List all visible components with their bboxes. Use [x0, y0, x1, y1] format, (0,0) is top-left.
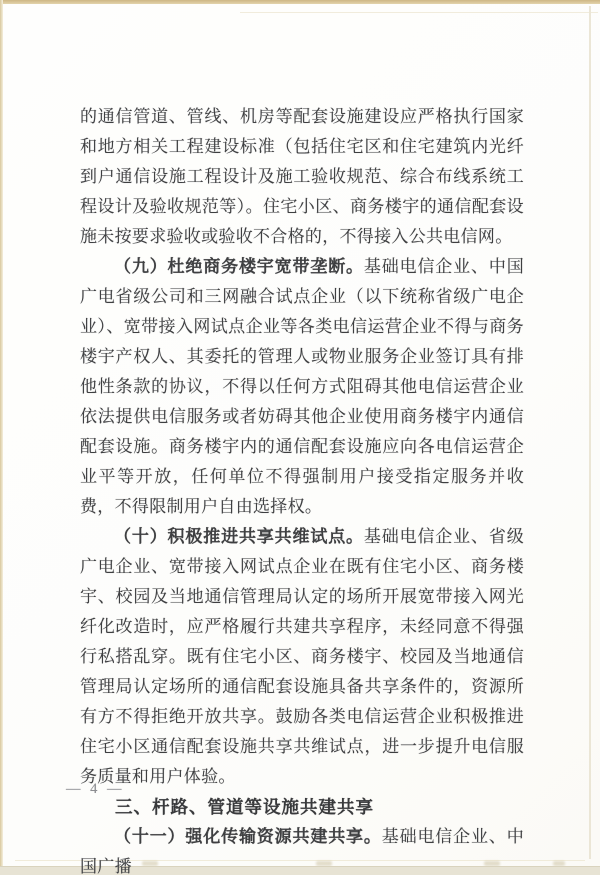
section-heading: 三、杆路、管道等设施共建共享 — [80, 792, 524, 822]
paragraph: （十）积极推进共享共维试点。基础电信企业、省级广电企业、宽带接入网试点企业在既有… — [80, 522, 524, 792]
paragraph-text: 的通信管道、管线、机房等配套设施建设应严格执行国家和地方相关工程建设标准（包括住… — [80, 107, 524, 246]
scan-top-edge — [0, 0, 600, 4]
scan-right-edge — [589, 6, 591, 859]
paragraph-lead: （十一）强化传输资源共建共享。 — [114, 827, 382, 846]
paragraph-lead: （九）杜绝商务楼宇宽带垄断。 — [114, 257, 364, 276]
paragraph: 的通信管道、管线、机房等配套设施建设应严格执行国家和地方相关工程建设标准（包括住… — [80, 102, 524, 252]
document-body: 的通信管道、管线、机房等配套设施建设应严格执行国家和地方相关工程建设标准（包括住… — [80, 102, 524, 875]
scan-top-faint-line — [240, 12, 598, 13]
paragraph-lead: （十）积极推进共享共维试点。 — [114, 527, 364, 546]
page-number: — 4 — — [66, 781, 125, 798]
scanned-document-page: 的通信管道、管线、机房等配套设施建设应严格执行国家和地方相关工程建设标准（包括住… — [0, 0, 600, 875]
paragraph-text: 基础电信企业、省级广电企业、宽带接入网试点企业在既有住宅小区、商务楼宇、校园及当… — [80, 527, 524, 786]
paragraph-text: 基础电信企业、中国广电省级公司和三网融合试点企业（以下统称省级广电企业）、宽带接… — [80, 257, 524, 516]
paragraph: （十一）强化传输资源共建共享。基础电信企业、中国广播 — [80, 822, 524, 875]
scan-left-edge — [0, 0, 3, 875]
paragraph: （九）杜绝商务楼宇宽带垄断。基础电信企业、中国广电省级公司和三网融合试点企业（以… — [80, 252, 524, 522]
